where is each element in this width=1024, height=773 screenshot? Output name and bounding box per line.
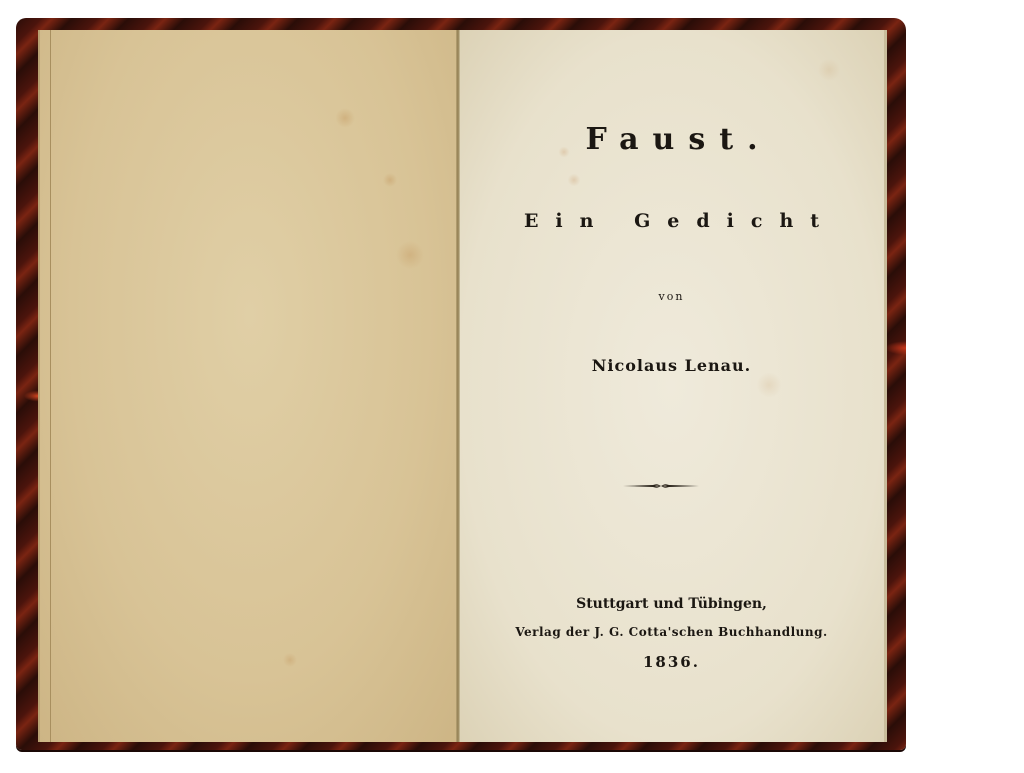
byline: von	[459, 290, 884, 303]
publisher: Verlag der J. G. Cotta'schen Buchhandlun…	[459, 625, 884, 639]
book-gutter	[456, 30, 460, 742]
left-flyleaf-page	[38, 30, 460, 742]
ornament-rule-icon	[623, 483, 699, 489]
publication-place: Stuttgart und Tübingen,	[459, 596, 884, 612]
author-name: Nicolaus Lenau.	[459, 356, 884, 375]
title-page: Faust. Ein Gedicht von Nicolaus Lenau. S…	[458, 30, 887, 742]
book-title: Faust.	[459, 122, 884, 157]
book-subtitle: Ein Gedicht	[459, 210, 884, 232]
publication-year: 1836.	[459, 653, 884, 671]
